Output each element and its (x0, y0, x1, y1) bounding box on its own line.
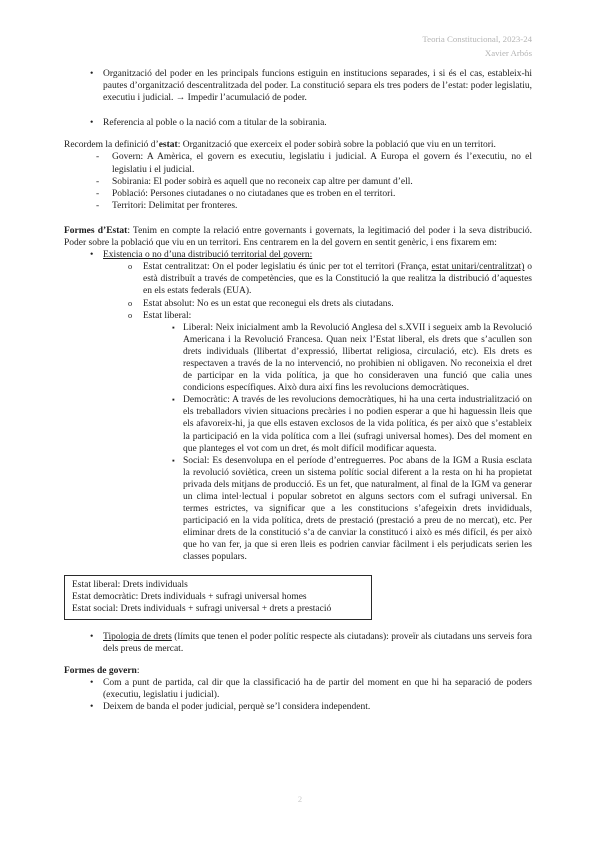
estat-absolut-text: Estat absolut: No es un estat que recone… (64, 298, 532, 310)
square-icon: ▪ (172, 455, 175, 467)
bullet-icon: • (90, 677, 93, 689)
page-header: Teoria Constitucional, 2023-24 Xavier Ar… (64, 33, 532, 60)
estat-element-govern-text: Govern: A Amèrica, el govern es executiu… (64, 151, 532, 175)
formes-govern-heading: Formes de govern (64, 666, 137, 676)
estat-liberal-item: o Estat liberal: (64, 310, 532, 322)
democratic-sub-item: ▪ Democràtic: A través de les revolucion… (64, 394, 532, 454)
estat-element-sobirania: - Sobirania: El poder sobirà es aquell q… (64, 176, 532, 188)
text-run: Estat centralitzat: On el poder legislat… (143, 262, 431, 272)
course-title: Teoria Constitucional, 2023-24 (64, 33, 532, 47)
author-name: Xavier Arbós (64, 47, 532, 61)
tipologia-underlined-text: Tipologia de drets (103, 632, 172, 642)
text-run: : (137, 666, 140, 676)
estat-element-territori: - Territori: Delimitat per fronteres. (64, 200, 532, 212)
democratic-sub-text: Democràtic: A través de les revolucions … (64, 394, 532, 454)
estat-summary-box: Estat liberal: Drets individuals Estat d… (64, 575, 372, 620)
summary-line-democratic: Estat democràtic: Drets individuals + su… (72, 591, 364, 603)
existencia-bullet: • Existencia o no d’una distribució terr… (64, 249, 532, 261)
estat-bold-term: estat (159, 140, 178, 150)
dash-icon: - (96, 188, 99, 200)
formes-govern-heading-paragraph: Formes de govern: (64, 665, 532, 677)
summary-line-social: Estat social: Drets individuals + sufrag… (72, 603, 364, 615)
estat-element-sobirania-text: Sobirania: El poder sobirà es aquell que… (64, 176, 532, 188)
dash-icon: - (96, 176, 99, 188)
intro-bullet-separation: • Organització del poder en les principa… (64, 68, 532, 104)
dash-icon: - (96, 200, 99, 212)
govern-bullet-partida-text: Com a punt de partida, cal dir que la cl… (64, 677, 532, 701)
circle-icon: o (128, 298, 132, 310)
bullet-icon: • (90, 249, 93, 261)
text-run: : Tenim en compte la relació entre gover… (64, 226, 532, 248)
liberal-sub-text: Liberal: Neix inicialment amb la Revoluc… (64, 322, 532, 395)
intro-bullet-sobirania-text: Referencia al poble o la nació com a tit… (64, 117, 532, 129)
govern-bullet-judicial: • Deixem de banda el poder judicial, per… (64, 701, 532, 713)
unitari-underlined-text: estat unitari/centralitzat) (431, 262, 524, 272)
bullet-icon: • (90, 68, 93, 80)
govern-bullet-judicial-text: Deixem de banda el poder judicial, perqu… (64, 701, 532, 713)
tipologia-bullet: • Tipologia de drets (límits que tenen e… (64, 631, 532, 655)
summary-line-liberal: Estat liberal: Drets individuals (72, 579, 364, 591)
intro-bullet-sobirania: • Referencia al poble o la nació com a t… (64, 117, 532, 129)
estat-element-govern: - Govern: A Amèrica, el govern es execut… (64, 151, 532, 175)
page-number: 2 (0, 793, 600, 805)
govern-bullet-partida: • Com a punt de partida, cal dir que la … (64, 677, 532, 701)
notes-page: Teoria Constitucional, 2023-24 Xavier Ar… (0, 0, 600, 848)
text-run: : Organització que exerceix el poder sob… (178, 140, 496, 150)
circle-icon: o (128, 261, 132, 273)
text-run: Recordem la definició d’ (64, 140, 159, 150)
bullet-icon: • (90, 117, 93, 129)
estat-element-territori-text: Territori: Delimitat per fronteres. (64, 200, 532, 212)
circle-icon: o (128, 310, 132, 322)
estat-definition-paragraph: Recordem la definició d’estat: Organitza… (64, 139, 532, 151)
intro-bullet-separation-text: Organització del poder en les principals… (64, 68, 532, 104)
estat-element-poblacio: - Població: Persones ciutadanes o no ciu… (64, 188, 532, 200)
social-sub-text: Social: Es desenvolupa en el període d’e… (64, 455, 532, 564)
dash-icon: - (96, 151, 99, 163)
estat-element-poblacio-text: Població: Persones ciutadanes o no ciuta… (64, 188, 532, 200)
tipologia-text: Tipologia de drets (límits que tenen el … (64, 631, 532, 655)
social-sub-item: ▪ Social: Es desenvolupa en el període d… (64, 455, 532, 564)
bullet-icon: • (90, 701, 93, 713)
existencia-underlined-text: Existencia o no d’una distribució territ… (103, 250, 312, 260)
estat-centralitzat-item: o Estat centralitzat: On el poder legisl… (64, 261, 532, 297)
formes-estat-paragraph: Formes d’Estat: Tenim en compte la relac… (64, 225, 532, 249)
estat-centralitzat-text: Estat centralitzat: On el poder legislat… (64, 261, 532, 297)
estat-liberal-label: Estat liberal: (64, 310, 532, 322)
square-icon: ▪ (172, 322, 175, 334)
liberal-sub-item: ▪ Liberal: Neix inicialment amb la Revol… (64, 322, 532, 395)
formes-estat-heading: Formes d’Estat (64, 226, 127, 236)
estat-absolut-item: o Estat absolut: No es un estat que reco… (64, 298, 532, 310)
square-icon: ▪ (172, 394, 175, 406)
bullet-icon: • (90, 631, 93, 643)
